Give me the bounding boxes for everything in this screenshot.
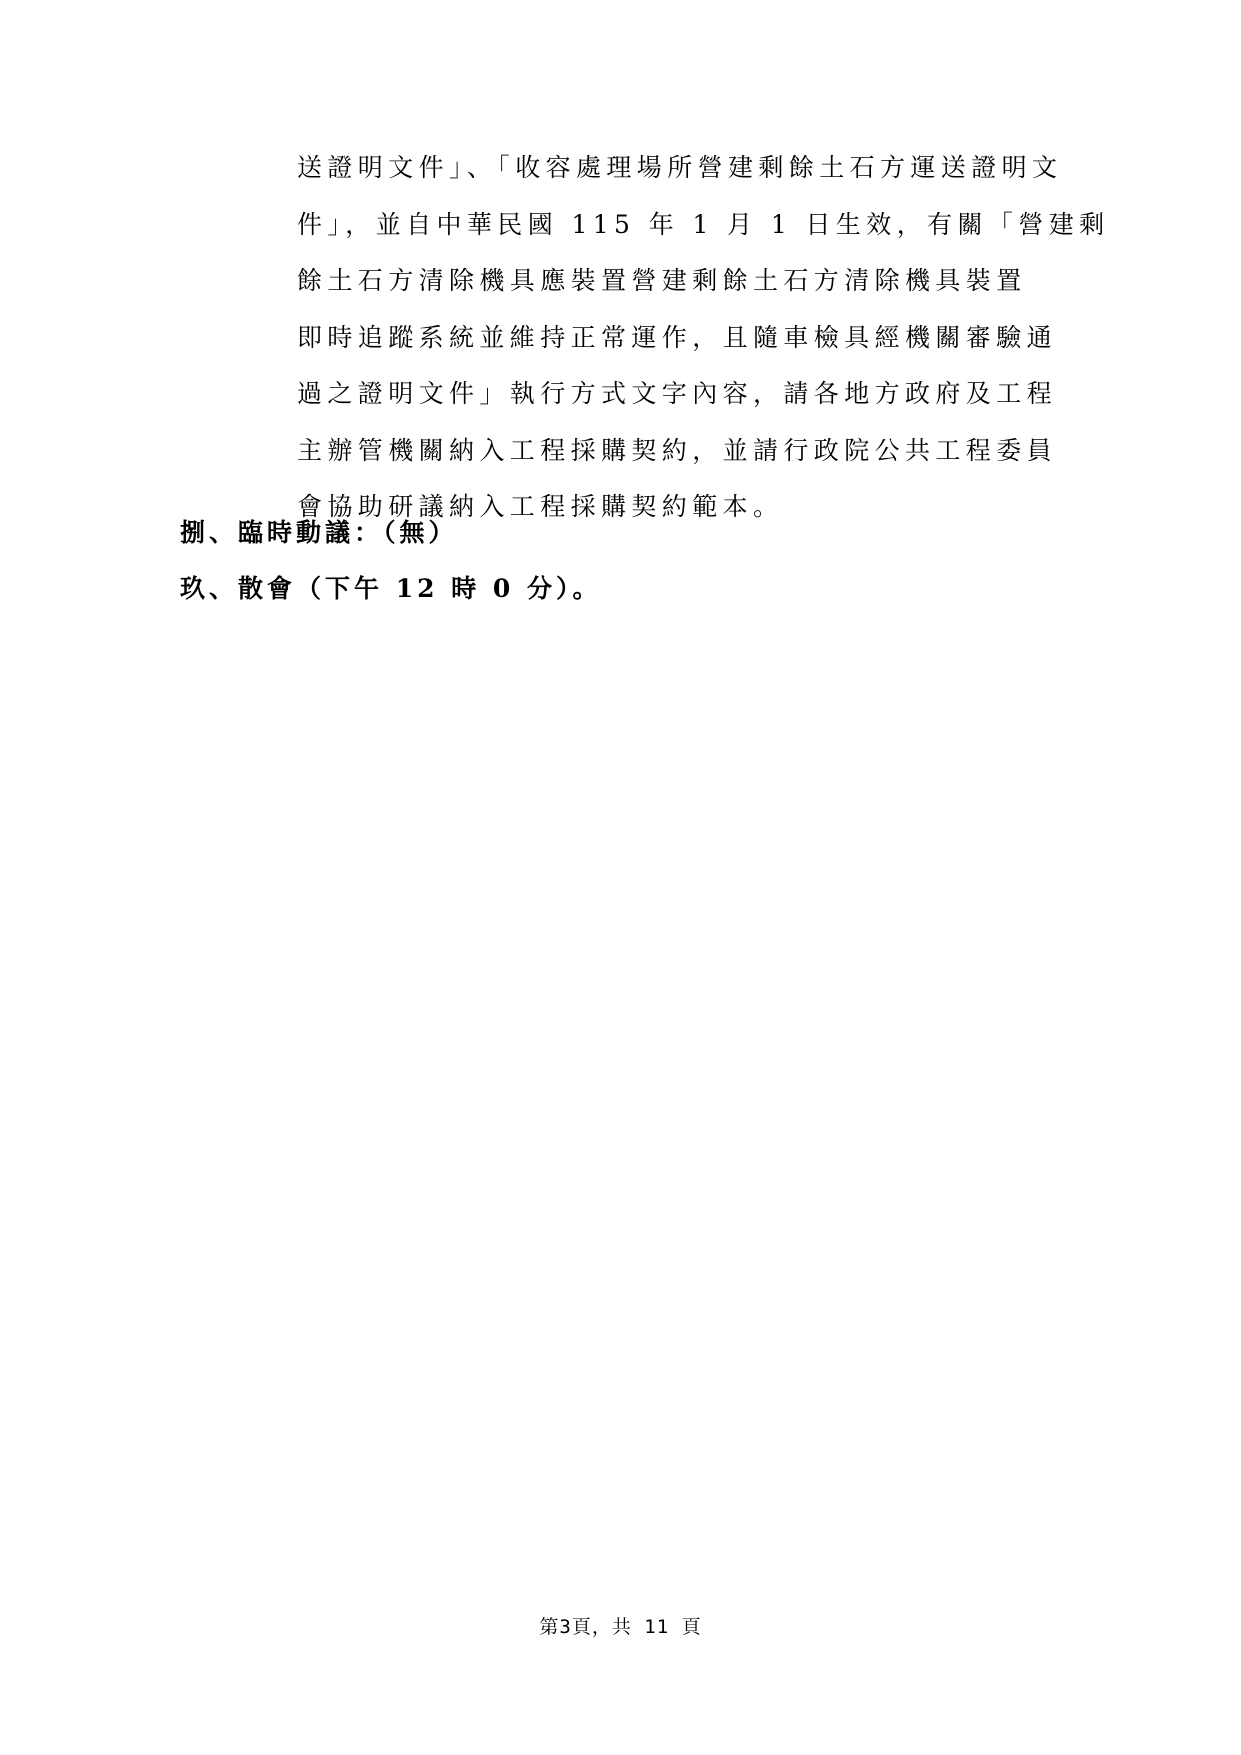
resolution-paragraph: 送證明文件」、「收容處理場所營建剩餘土石方運送證明文 件」，並自中華民國 115… xyxy=(297,140,1057,536)
section-heading-extempore-motions: 捌、臨時動議：（無） xyxy=(180,505,458,561)
paragraph-line: 即時追蹤系統並維持正常運作，且隨車檢具經機關審驗通 xyxy=(297,310,1057,367)
section-heading-adjournment: 玖、散會（下午 12 時 0 分）。 xyxy=(180,561,602,617)
paragraph-line: 件」，並自中華民國 115 年 1 月 1 日生效，有關「營建剩 xyxy=(297,197,1057,254)
paragraph-line: 送證明文件」、「收容處理場所營建剩餘土石方運送證明文 xyxy=(297,140,1057,197)
section-number: 捌、 xyxy=(180,518,238,547)
document-page: 送證明文件」、「收容處理場所營建剩餘土石方運送證明文 件」，並自中華民國 115… xyxy=(0,0,1241,1755)
paragraph-line: 過之證明文件」執行方式文字內容，請各地方政府及工程 xyxy=(297,366,1057,423)
paragraph-line: 餘土石方清除機具應裝置營建剩餘土石方清除機具裝置 xyxy=(297,253,1057,310)
page-number-footer: 第3頁，共 11 頁 xyxy=(0,1612,1241,1639)
section-title: 臨時動議：（無） xyxy=(238,518,458,547)
section-number: 玖、 xyxy=(180,574,238,603)
paragraph-line: 主辦管機關納入工程採購契約，並請行政院公共工程委員 xyxy=(297,423,1057,480)
section-title: 散會（下午 12 時 0 分）。 xyxy=(238,574,602,603)
